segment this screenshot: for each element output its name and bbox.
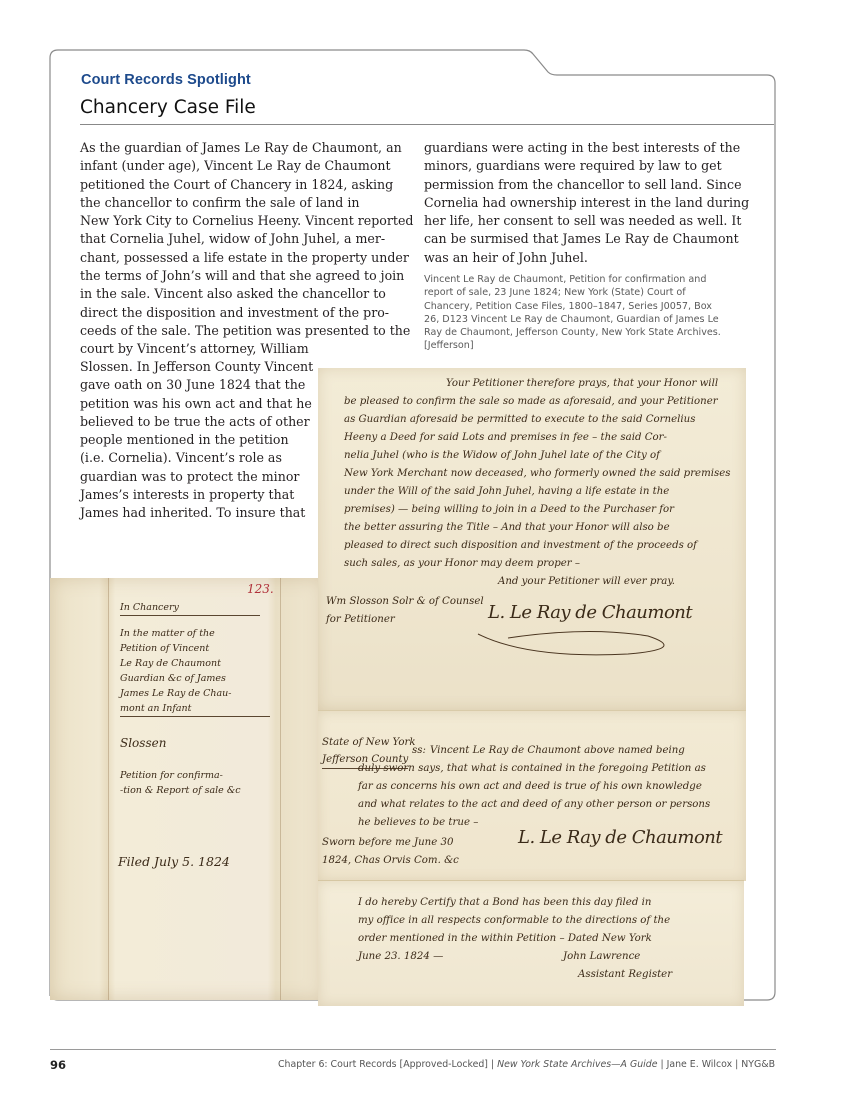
manuscript-certificate-image: I do hereby Certify that a Bond has been… xyxy=(318,880,744,1006)
petition-line: New York Merchant now deceased, who form… xyxy=(344,466,731,482)
petition-line: And your Petitioner will ever pray. xyxy=(498,574,675,590)
text-line: direct the disposition and investment of… xyxy=(80,304,400,322)
cover-line: Le Ray de Chaumont xyxy=(120,656,221,671)
body-right-column: guardians were acting in the best intere… xyxy=(424,139,759,267)
petition-line: Heeny a Deed for said Lots and premises … xyxy=(344,430,667,446)
oath-line: far as concerns his own act and deed is … xyxy=(358,779,702,795)
ss-mark: ss: xyxy=(412,743,426,759)
footer-divider xyxy=(50,1049,776,1050)
image-caption: Vincent Le Ray de Chaumont, Petition for… xyxy=(424,273,764,353)
caption-line: report of sale, 23 June 1824; New York (… xyxy=(424,286,764,299)
petition-line: as Guardian aforesaid be permitted to ex… xyxy=(344,412,695,428)
petition-line: Your Petitioner therefore prays, that yo… xyxy=(446,376,718,392)
footer-separator: | xyxy=(732,1059,741,1070)
manuscript-petition-image: Your Petitioner therefore prays, that yo… xyxy=(318,368,746,710)
certificate-line: I do hereby Certify that a Bond has been… xyxy=(358,895,651,911)
signature: L. Le Ray de Chaumont xyxy=(518,827,722,848)
text-line: guardians were acting in the best intere… xyxy=(424,139,759,157)
petition-line: premises) — being willing to join in a D… xyxy=(344,502,674,518)
text-line: guardian was to protect the minor xyxy=(80,468,315,486)
text-line: ceeds of the sale. The petition was pres… xyxy=(80,322,400,340)
text-line: As the guardian of James Le Ray de Chaum… xyxy=(80,139,400,157)
signer-line: Assistant Register xyxy=(578,967,672,983)
oath-line: duly sworn says, that what is contained … xyxy=(358,761,706,777)
text-line: believed to be true the acts of other xyxy=(80,413,315,431)
petition-line: the better assuring the Title – And that… xyxy=(344,520,670,536)
fold-line xyxy=(108,578,109,1000)
fold-line xyxy=(280,578,281,1000)
text-line: can be surmised that James Le Ray de Cha… xyxy=(424,230,759,248)
petition-line: such sales, as your Honor may deem prope… xyxy=(344,556,580,572)
venue-line: State of New York xyxy=(322,735,416,751)
text-line: court by Vincent’s attorney, William xyxy=(80,340,400,358)
caption-line: Vincent Le Ray de Chaumont, Petition for… xyxy=(424,273,764,286)
text-line: that Cornelia Juhel, widow of John Juhel… xyxy=(80,230,400,248)
caption-line: Ray de Chaumont, Jefferson County, New Y… xyxy=(424,326,764,339)
oath-line: he believes to be true – xyxy=(358,815,478,831)
certificate-line: my office in all respects conformable to… xyxy=(358,913,670,929)
caption-line: Chancery, Petition Case Files, 1800–1847… xyxy=(424,300,764,313)
cover-line: Slossen xyxy=(120,736,166,751)
caption-line: 26, D123 Vincent Le Ray de Chaumont, Gua… xyxy=(424,313,764,326)
cover-line: mont an Infant xyxy=(120,701,270,717)
caption-line: [Jefferson] xyxy=(424,339,764,352)
text-line: infant (under age), Vincent Le Ray de Ch… xyxy=(80,157,400,175)
attorney-line: for Petitioner xyxy=(326,612,395,628)
petition-line: be pleased to confirm the sale so made a… xyxy=(344,394,718,410)
petition-line: under the Will of the said John Juhel, h… xyxy=(344,484,669,500)
text-line: in the sale. Vincent also asked the chan… xyxy=(80,285,400,303)
text-line: people mentioned in the petition xyxy=(80,431,315,449)
signer-line: John Lawrence xyxy=(563,949,640,965)
petition-line: pleased to direct such disposition and i… xyxy=(344,538,697,554)
text-line: chant, possessed a life estate in the pr… xyxy=(80,249,400,267)
cover-line: -tion & Report of sale &c xyxy=(120,783,241,798)
text-line: James had inherited. To insure that xyxy=(80,504,315,522)
sworn-line: 1824, Chas Orvis Com. &c xyxy=(322,853,459,869)
body-left-wrap-column: Slossen. In Jefferson County Vincent gav… xyxy=(80,358,315,523)
petition-line: nelia Juhel (who is the Widow of John Ju… xyxy=(344,448,660,464)
certificate-line: June 23. 1824 — xyxy=(358,949,443,965)
running-footer: Chapter 6: Court Records [Approved-Locke… xyxy=(278,1059,775,1070)
text-line: petitioned the Court of Chancery in 1824… xyxy=(80,176,400,194)
section-kicker: Court Records Spotlight xyxy=(81,72,251,88)
manuscript-oath-image: State of New York Jefferson County ss: V… xyxy=(318,710,746,881)
text-line: Slossen. In Jefferson County Vincent xyxy=(80,358,315,376)
text-line: the chancellor to confirm the sale of la… xyxy=(80,194,400,212)
text-line: was an heir of John Juhel. xyxy=(424,249,759,267)
cover-line: Filed July 5. 1824 xyxy=(118,854,230,869)
footer-separator: | xyxy=(657,1059,666,1070)
text-line: New York City to Cornelius Heeny. Vincen… xyxy=(80,212,400,230)
text-line: permission from the chancellor to sell l… xyxy=(424,176,759,194)
text-line: her life, her consent to sell was needed… xyxy=(424,212,759,230)
footer-separator: | xyxy=(488,1059,497,1070)
text-line: (i.e. Cornelia). Vincent’s role as xyxy=(80,449,315,467)
page-number: 96 xyxy=(50,1058,66,1072)
text-line: the terms of John’s will and that she ag… xyxy=(80,267,400,285)
sworn-line: Sworn before me June 30 xyxy=(322,835,453,851)
cover-line: Guardian &c of James xyxy=(120,671,226,686)
cover-line: Petition of Vincent xyxy=(120,641,209,656)
cover-line: Petition for confirma- xyxy=(120,768,223,783)
footer-author: Jane E. Wilcox xyxy=(667,1059,733,1070)
footer-publisher: NYG&B xyxy=(741,1059,775,1070)
docket-number: 123. xyxy=(247,582,274,596)
text-line: minors, guardians were required by law t… xyxy=(424,157,759,175)
text-line: James’s interests in property that xyxy=(80,486,315,504)
certificate-line: order mentioned in the within Petition –… xyxy=(358,931,652,947)
title-divider xyxy=(80,124,774,125)
cover-line: In Chancery xyxy=(120,600,260,616)
footer-chapter: Chapter 6: Court Records [Approved-Locke… xyxy=(278,1059,488,1070)
manuscript-cover-image: 123. In Chancery In the matter of the Pe… xyxy=(50,578,322,1000)
cover-line: James Le Ray de Chau- xyxy=(120,686,231,701)
text-line: petition was his own act and that he xyxy=(80,395,315,413)
attorney-line: Wm Slosson Solr & of Counsel xyxy=(326,594,484,610)
text-line: gave oath on 30 June 1824 that the xyxy=(80,376,315,394)
page-title: Chancery Case File xyxy=(80,97,256,118)
oath-line: and what relates to the act and deed of … xyxy=(358,797,710,813)
footer-book-title: New York State Archives—A Guide xyxy=(497,1059,657,1070)
body-left-column: As the guardian of James Le Ray de Chaum… xyxy=(80,139,400,359)
oath-line: Vincent Le Ray de Chaumont above named b… xyxy=(430,743,685,759)
cover-line: In the matter of the xyxy=(120,626,215,641)
text-line: Cornelia had ownership interest in the l… xyxy=(424,194,759,212)
signature-flourish xyxy=(468,624,728,664)
signature: L. Le Ray de Chaumont xyxy=(488,602,692,623)
